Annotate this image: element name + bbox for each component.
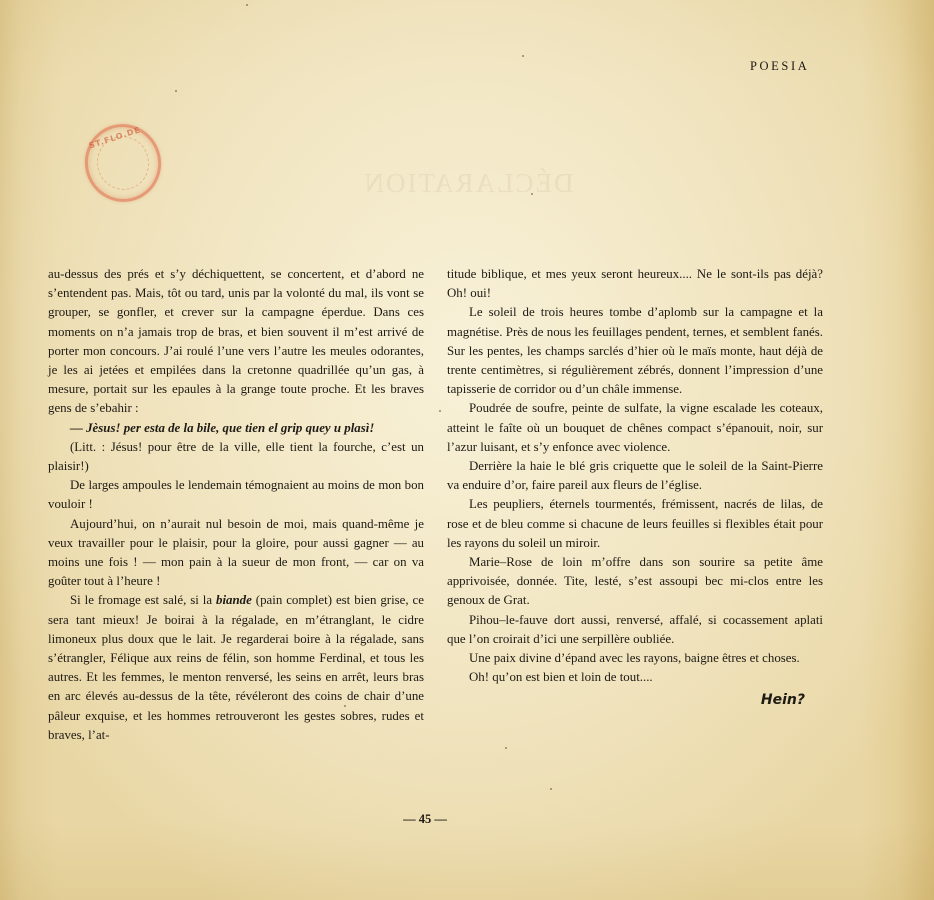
paper-speck (246, 4, 248, 6)
signature: Hein? (447, 691, 823, 710)
text-run: Si le fromage est salé, si la (70, 593, 212, 607)
translation-note: (Litt. : Jésus! pour être de la ville, e… (48, 438, 424, 476)
paper-speck (522, 55, 524, 57)
left-column: au-dessus des prés et s’y déchiquettent,… (48, 265, 424, 745)
text-run: (pain complet) est bien grise, ce sera t… (48, 593, 424, 741)
paragraph: Poudrée de soufre, peinte de sulfate, la… (447, 399, 823, 457)
paper-speck (439, 410, 441, 412)
paragraph: au-dessus des prés et s’y déchiquettent,… (48, 265, 424, 419)
running-head: POESIA (750, 59, 809, 74)
paragraph: Le soleil de trois heures tombe d’aplomb… (447, 303, 823, 399)
paragraph: titude biblique, et mes yeux seront heur… (447, 265, 823, 303)
right-column: titude biblique, et mes yeux seront heur… (447, 265, 823, 711)
page-number: — 45 — (390, 812, 460, 827)
paper-speck (531, 193, 533, 195)
library-stamp: ST.FLO.DE (75, 114, 171, 212)
paragraph: Derrière la haie le blé gris criquette q… (447, 457, 823, 495)
paragraph: Marie–Rose de loin m’offre dans son sour… (447, 553, 823, 611)
paragraph: De larges ampoules le lendemain témognai… (48, 476, 424, 514)
paper-speck (344, 705, 346, 707)
bleed-through-title: DÉCLARATION (318, 168, 618, 199)
dialect-quote: — Jèsus! per esta de la bile, que tien e… (48, 419, 424, 438)
paper-speck (505, 747, 507, 749)
paragraph: Aujourd’hui, on n’aurait nul besoin de m… (48, 515, 424, 592)
italic-term: biande (216, 593, 252, 607)
paragraph: Les peupliers, éternels tourmentés, frém… (447, 495, 823, 553)
paragraph: Si le fromage est salé, si la biande (pa… (48, 591, 424, 745)
paper-speck (175, 90, 177, 92)
paragraph: Pihou–le-fauve dort aussi, renversé, aff… (447, 611, 823, 649)
paragraph: Une paix divine d’épand avec les rayons,… (447, 649, 823, 668)
paragraph: Oh! qu’on est bien et loin de tout.... (447, 668, 823, 687)
paper-speck (550, 788, 552, 790)
